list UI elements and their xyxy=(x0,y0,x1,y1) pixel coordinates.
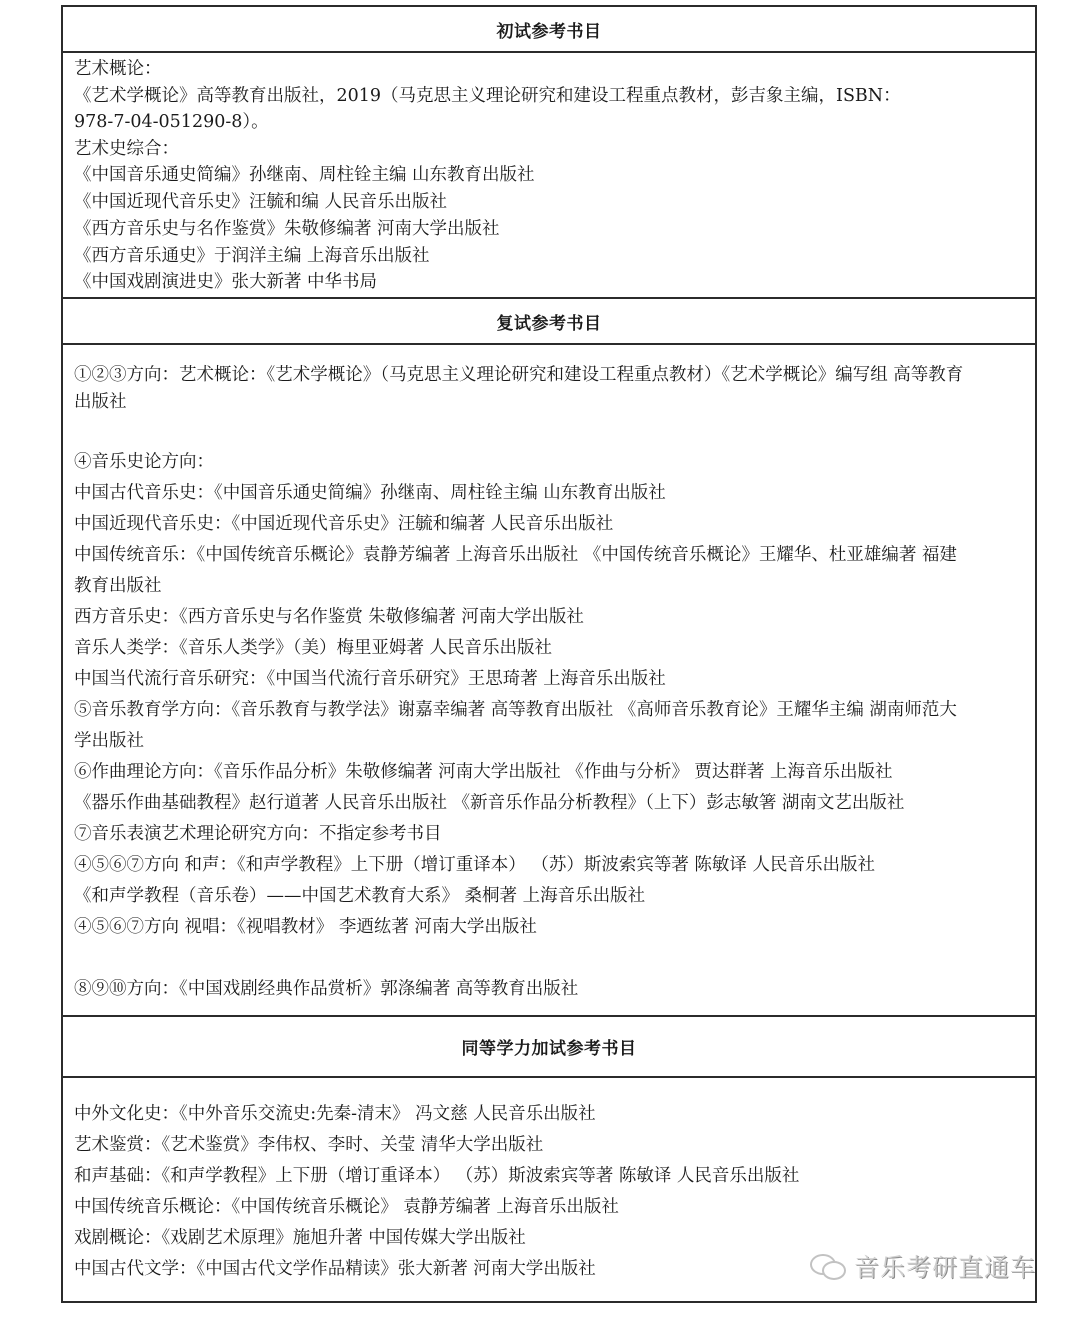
text-line: 戏剧概论：《戏剧艺术原理》施旭升著 中国传媒大学出版社 xyxy=(74,1228,526,1248)
text-line: 《器乐作曲基础教程》赵行道著 人民音乐出版社 《新音乐作品分析教程》（上下）彭志… xyxy=(74,793,904,813)
text-line: ⑤音乐教育学方向：《音乐教育与教学法》谢嘉幸编著 高等教育出版社 《高师音乐教育… xyxy=(74,700,957,720)
text-line: 《西方音乐通史》于润洋主编 上海音乐出版社 xyxy=(74,246,430,266)
text-line: 《中国音乐通史简编》孙继南、周柱铨主编 山东教育出版社 xyxy=(74,165,535,185)
text-line: 艺术史综合： xyxy=(74,139,179,159)
text-line: ④⑤⑥⑦方向 和声：《和声学教程》上下册（增订重译本） （苏）斯波索宾等著 陈敏… xyxy=(74,855,875,875)
section-header-preliminary: 初试参考书目 xyxy=(63,7,1035,53)
text-line: 《艺术学概论》高等教育出版社，2019（马克思主义理论研究和建设工程重点教材，彭… xyxy=(74,86,901,106)
text-line: ⑥作曲理论方向：《音乐作品分析》朱敬修编著 河南大学出版社 《作曲与分析》 贾达… xyxy=(74,762,893,782)
text-line: 中国传统音乐：《中国传统音乐概论》袁静芳编著 上海音乐出版社 《中国传统音乐概论… xyxy=(74,545,957,565)
text-line: 学出版社 xyxy=(74,731,144,751)
text-line: 音乐人类学：《音乐人类学》（美）梅里亚姆著 人民音乐出版社 xyxy=(74,638,552,658)
section-body-preliminary: 艺术概论： 《艺术学概论》高等教育出版社，2019（马克思主义理论研究和建设工程… xyxy=(63,53,1035,298)
text-line: 艺术鉴赏：《艺术鉴赏》李伟权、李时、关莹 清华大学出版社 xyxy=(74,1135,543,1155)
text-line: 西方音乐史：《西方音乐史与名作鉴赏 朱敬修编著 河南大学出版社 xyxy=(74,607,584,627)
reference-books-table: 初试参考书目 艺术概论： 《艺术学概论》高等教育出版社，2019（马克思主义理论… xyxy=(61,5,1037,1303)
text-line: 中外文化史：《中外音乐交流史:先秦-清末》 冯文慈 人民音乐出版社 xyxy=(74,1104,596,1124)
text-line: 《西方音乐史与名作鉴赏》朱敬修编著 河南大学出版社 xyxy=(74,219,500,239)
section-title: 初试参考书目 xyxy=(497,17,602,42)
wechat-icon xyxy=(810,1252,846,1280)
text-line: ⑦音乐表演艺术理论研究方向：不指定参考书目 xyxy=(74,824,442,844)
watermark: 音乐考研直通车 xyxy=(810,1248,1036,1284)
text-line: 和声基础：《和声学教程》上下册（增订重译本） （苏）斯波索宾等著 陈敏译 人民音… xyxy=(74,1166,799,1186)
watermark-text: 音乐考研直通车 xyxy=(854,1248,1036,1284)
text-line: 艺术概论： xyxy=(74,59,162,79)
section-title: 复试参考书目 xyxy=(497,309,602,334)
text-line: ⑧⑨⑩方向：《中国戏剧经典作品赏析》郭涤编著 高等教育出版社 xyxy=(74,979,578,999)
section-header-equivalent: 同等学力加试参考书目 xyxy=(63,1015,1035,1078)
section-header-retest: 复试参考书目 xyxy=(63,297,1035,345)
text-line: 教育出版社 xyxy=(74,576,162,596)
text-line: ①②③方向：艺术概论：《艺术学概论》（马克思主义理论研究和建设工程重点教材）《艺… xyxy=(74,365,963,385)
text-line: ④⑤⑥⑦方向 视唱：《视唱教材》 李迺纮著 河南大学出版社 xyxy=(74,917,537,937)
text-line: 《和声学教程（音乐卷）——中国艺术教育大系》 桑桐著 上海音乐出版社 xyxy=(74,886,645,906)
text-line: 中国近现代音乐史：《中国近现代音乐史》汪毓和编著 人民音乐出版社 xyxy=(74,514,613,534)
text-line: 中国古代音乐史：《中国音乐通史简编》孙继南、周柱铨主编 山东教育出版社 xyxy=(74,483,666,503)
text-line: 中国古代文学：《中国古代文学作品精读》张大新著 河南大学出版社 xyxy=(74,1259,596,1279)
section-body-retest: ①②③方向：艺术概论：《艺术学概论》（马克思主义理论研究和建设工程重点教材）《艺… xyxy=(63,345,1035,1015)
text-line: 中国当代流行音乐研究：《中国当代流行音乐研究》王思琦著 上海音乐出版社 xyxy=(74,669,666,689)
text-line: 978-7-04-051290-8）。 xyxy=(74,112,269,132)
text-line: 《中国戏剧演进史》张大新著 中华书局 xyxy=(74,272,377,292)
text-line: ④音乐史论方向： xyxy=(74,452,214,472)
section-title: 同等学力加试参考书目 xyxy=(462,1034,637,1059)
text-line: 《中国近现代音乐史》汪毓和编 人民音乐出版社 xyxy=(74,192,447,212)
text-line: 出版社 xyxy=(74,392,127,412)
text-line: 中国传统音乐概论：《中国传统音乐概论》 袁静芳编著 上海音乐出版社 xyxy=(74,1197,619,1217)
